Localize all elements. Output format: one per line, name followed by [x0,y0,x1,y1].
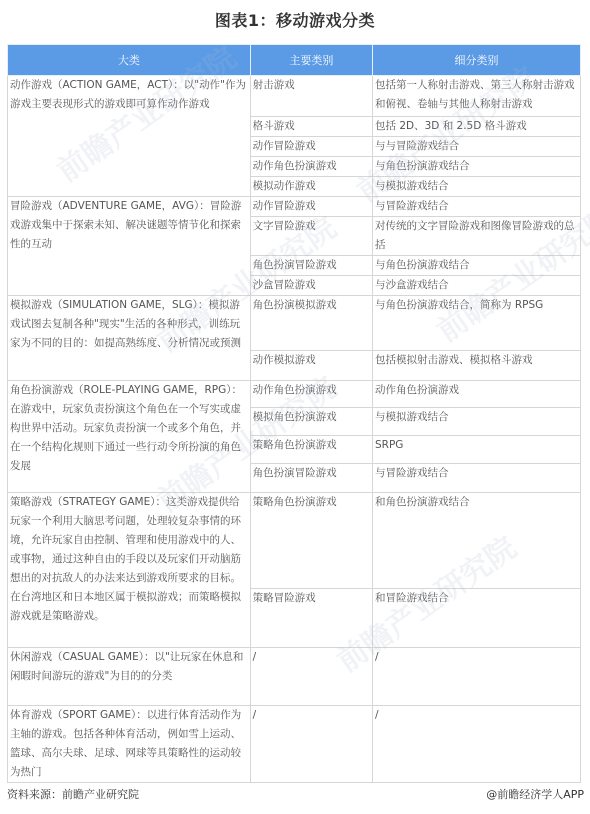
table-row: 动作游戏（ACTION GAME，ACT）：以"动作"作为游戏主要表现形式的游戏… [8,76,581,117]
main-type-cell: 模拟动作游戏 [250,177,372,197]
main-type-cell: 策略角色扮演游戏 [250,436,372,464]
category-cell-rpg: 角色扮演游戏（ROLE-PLAYING GAME，RPG）：在游戏中，玩家负责扮… [8,381,251,493]
main-type-cell: 动作角色扮演游戏 [250,157,372,177]
table-row: 策略游戏（STRATEGY GAME）：这类游戏提供给玩家一个利用大脑思考问题，… [8,493,581,589]
subtype-cell: 与模拟游戏结合 [373,408,581,436]
header-category: 大类 [8,45,251,76]
main-type-cell: 角色扮演模拟游戏 [250,296,372,351]
main-type-cell: 格斗游戏 [250,117,372,137]
subtype-cell: 与与冒险游戏结合 [373,137,581,157]
header-main-type: 主要类别 [250,45,372,76]
main-type-cell: 文字冒险游戏 [250,217,372,256]
source-note: 资料来源：前瞻产业研究院 [7,786,139,802]
main-type-cell: 动作冒险游戏 [250,137,372,157]
header-subtype: 细分类别 [373,45,581,76]
table-header-row: 大类 主要类别 细分类别 [8,45,581,76]
main-type-cell: 角色扮演冒险游戏 [250,256,372,276]
subtype-cell: 和角色扮演游戏结合 [373,493,581,589]
subtype-cell: SRPG [373,436,581,464]
subtype-cell: 和冒险游戏结合 [373,589,581,648]
table-row: 体育游戏（SPORT GAME）：以进行体育活动作为主轴的游戏。包括各种体育活动… [8,706,581,783]
category-cell-adventure: 冒险游戏（ADVENTURE GAME，AVG）：冒险游戏游戏集中于探索未知、解… [8,197,251,296]
category-cell-strategy: 策略游戏（STRATEGY GAME）：这类游戏提供给玩家一个利用大脑思考问题，… [8,493,251,648]
main-type-cell: 沙盒冒险游戏 [250,276,372,296]
category-cell-simulation: 模拟游戏（SIMULATION GAME，SLG）：模拟游戏试图去复制各种"现实… [8,296,251,381]
subtype-cell: 包括模拟射击游戏、模拟格斗游戏 [373,351,581,381]
main-type-cell: / [250,706,372,783]
main-type-cell: 策略角色扮演游戏 [250,493,372,589]
subtype-cell: / [373,706,581,783]
table-row: 角色扮演游戏（ROLE-PLAYING GAME，RPG）：在游戏中，玩家负责扮… [8,381,581,408]
subtype-cell: 与模拟游戏结合 [373,177,581,197]
subtype-cell: / [373,648,581,706]
subtype-cell: 与角色扮演游戏结合，简称为 RPSG [373,296,581,351]
main-type-cell: 动作冒险游戏 [250,197,372,217]
main-type-cell: 动作模拟游戏 [250,351,372,381]
subtype-cell: 与沙盒游戏结合 [373,276,581,296]
subtype-cell: 与角色扮演游戏结合 [373,157,581,177]
main-type-cell: 策略冒险游戏 [250,589,372,648]
category-cell-sport: 体育游戏（SPORT GAME）：以进行体育活动作为主轴的游戏。包括各种体育活动… [8,706,251,783]
table-row: 冒险游戏（ADVENTURE GAME，AVG）：冒险游戏游戏集中于探索未知、解… [8,197,581,217]
main-type-cell: 射击游戏 [250,76,372,117]
table-row: 模拟游戏（SIMULATION GAME，SLG）：模拟游戏试图去复制各种"现实… [8,296,581,351]
main-type-cell: / [250,648,372,706]
category-cell-action: 动作游戏（ACTION GAME，ACT）：以"动作"作为游戏主要表现形式的游戏… [8,76,251,197]
subtype-cell: 与冒险游戏结合 [373,197,581,217]
subtype-cell: 包括第一人称射击游戏、第三人称射击游戏和俯视、卷轴与其他人称射击游戏 [373,76,581,117]
main-type-cell: 动作角色扮演游戏 [250,381,372,408]
category-cell-casual: 休闲游戏（CASUAL GAME）：以"让玩家在休息和闲暇时间游玩的游戏"为目的… [8,648,251,706]
subtype-cell: 与角色扮演游戏结合 [373,256,581,276]
game-classification-table: 大类 主要类别 细分类别 动作游戏（ACTION GAME，ACT）：以"动作"… [7,44,581,783]
chart-title: 图表1：移动游戏分类 [0,8,590,31]
subtype-cell: 包括 2D、3D 和 2.5D 格斗游戏 [373,117,581,137]
subtype-cell: 对传统的文字冒险游戏和图像冒险游戏的总括 [373,217,581,256]
main-type-cell: 角色扮演冒险游戏 [250,464,372,493]
main-type-cell: 模拟角色扮演游戏 [250,408,372,436]
subtype-cell: 与冒险游戏结合 [373,464,581,493]
table-row: 休闲游戏（CASUAL GAME）：以"让玩家在休息和闲暇时间游玩的游戏"为目的… [8,648,581,706]
credit-note: @前瞻经济学人APP [486,786,584,802]
subtype-cell: 动作角色扮演游戏 [373,381,581,408]
